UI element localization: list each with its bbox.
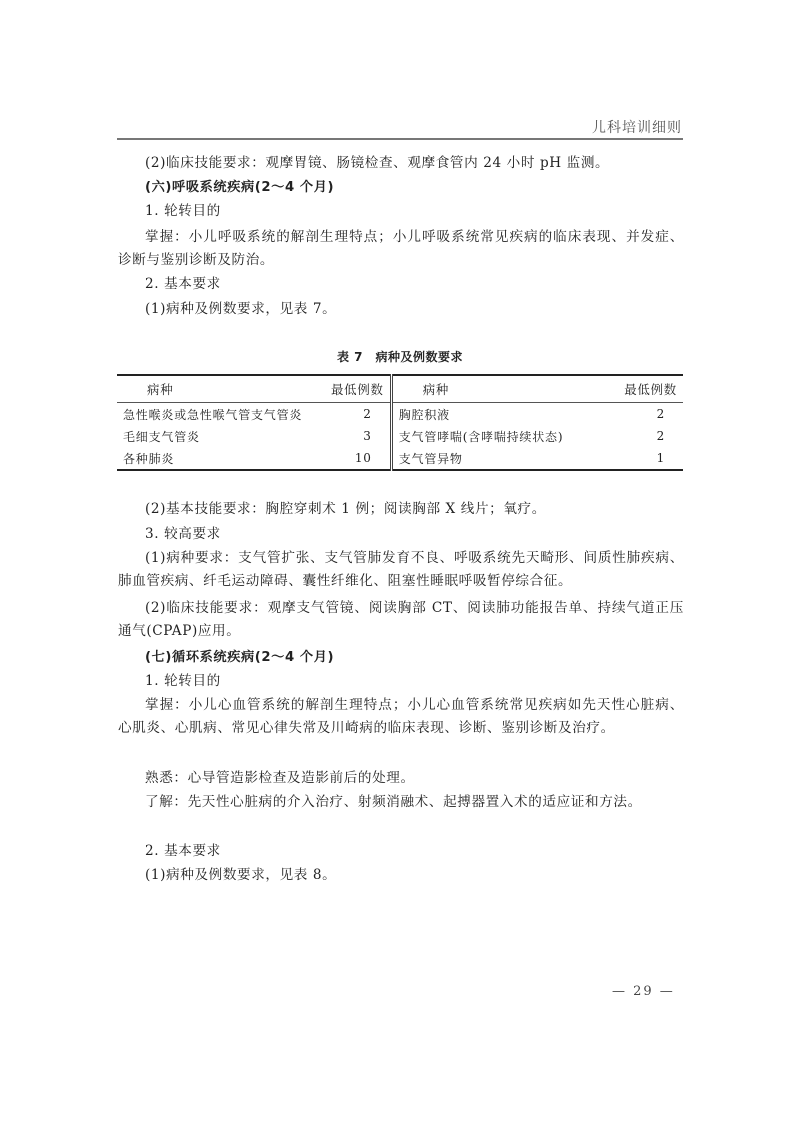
requirements-table: 病种 最低例数 病种 最低例数 急性喉炎或急性喉气管支气管炎 2 胸腔积液 2 …	[117, 374, 683, 471]
table-caption: 表 7 病种及例数要求	[117, 348, 683, 365]
table-cell: 2	[601, 403, 683, 426]
page-number: — 29 —	[612, 984, 675, 999]
table-cell: 支气管哮喘(含哮喘持续状态)	[391, 425, 601, 447]
paragraph: (2)基本技能要求：胸腔穿刺术 1 例；阅读胸部 X 线片；氧疗。	[118, 498, 684, 521]
table-row: 各种肺炎 10 支气管异物 1	[117, 447, 683, 470]
table-row: 急性喉炎或急性喉气管支气管炎 2 胸腔积液 2	[117, 403, 683, 426]
table-cell: 2	[310, 403, 392, 426]
subheading: 1. 轮转目的	[118, 670, 684, 693]
table-row: 毛细支气管炎 3 支气管哮喘(含哮喘持续状态) 2	[117, 425, 683, 447]
header-rule	[117, 138, 683, 140]
table-cell: 急性喉炎或急性喉气管支气管炎	[117, 403, 310, 426]
section-heading-respiratory: (六)呼吸系统疾病(2～4 个月)	[118, 176, 684, 199]
table-header-row: 病种 最低例数 病种 最低例数	[117, 375, 683, 403]
table-cell: 1	[601, 447, 683, 470]
table-cell: 10	[310, 447, 392, 470]
column-header: 最低例数	[601, 375, 683, 403]
paragraph: (2)临床技能要求：观摩支气管镜、阅读胸部 CT、阅读肺功能报告单、持续气道正压…	[118, 597, 684, 643]
table-cell: 支气管异物	[391, 447, 601, 470]
paragraph: 掌握：小儿心血管系统的解剖生理特点；小儿心血管系统常见疾病如先天性心脏病、心肌炎…	[118, 694, 684, 740]
column-header: 病种	[391, 375, 601, 403]
paragraph: (1)病种及例数要求，见表 8。	[118, 864, 684, 887]
table-cell: 3	[310, 425, 392, 447]
subheading: 3. 较高要求	[118, 523, 684, 546]
column-header: 病种	[117, 375, 310, 403]
paragraph: 掌握：小儿呼吸系统的解剖生理特点；小儿呼吸系统常见疾病的临床表现、并发症、诊断与…	[118, 226, 684, 272]
subheading: 1. 轮转目的	[118, 200, 684, 223]
table-cell: 2	[601, 425, 683, 447]
paragraph: (1)病种及例数要求，见表 7。	[118, 298, 684, 321]
paragraph: (2)临床技能要求：观摩胃镜、肠镜检查、观摩食管内 24 小时 pH 监测。	[118, 152, 684, 175]
running-title: 儿科培训细则	[592, 117, 682, 137]
subheading: 2. 基本要求	[118, 840, 684, 863]
paragraph: (1)病种要求：支气管扩张、支气管肺发育不良、呼吸系统先天畸形、间质性肺疾病、肺…	[118, 547, 684, 593]
paragraph: 熟悉：心导管造影检查及造影前后的处理。	[118, 767, 684, 790]
section-heading-circulatory: (七)循环系统疾病(2～4 个月)	[118, 646, 684, 669]
subheading: 2. 基本要求	[118, 273, 684, 296]
column-header: 最低例数	[310, 375, 392, 403]
table-cell: 各种肺炎	[117, 447, 310, 470]
table-cell: 胸腔积液	[391, 403, 601, 426]
paragraph: 了解：先天性心脏病的介入治疗、射频消融术、起搏器置入术的适应证和方法。	[118, 791, 684, 814]
table-cell: 毛细支气管炎	[117, 425, 310, 447]
